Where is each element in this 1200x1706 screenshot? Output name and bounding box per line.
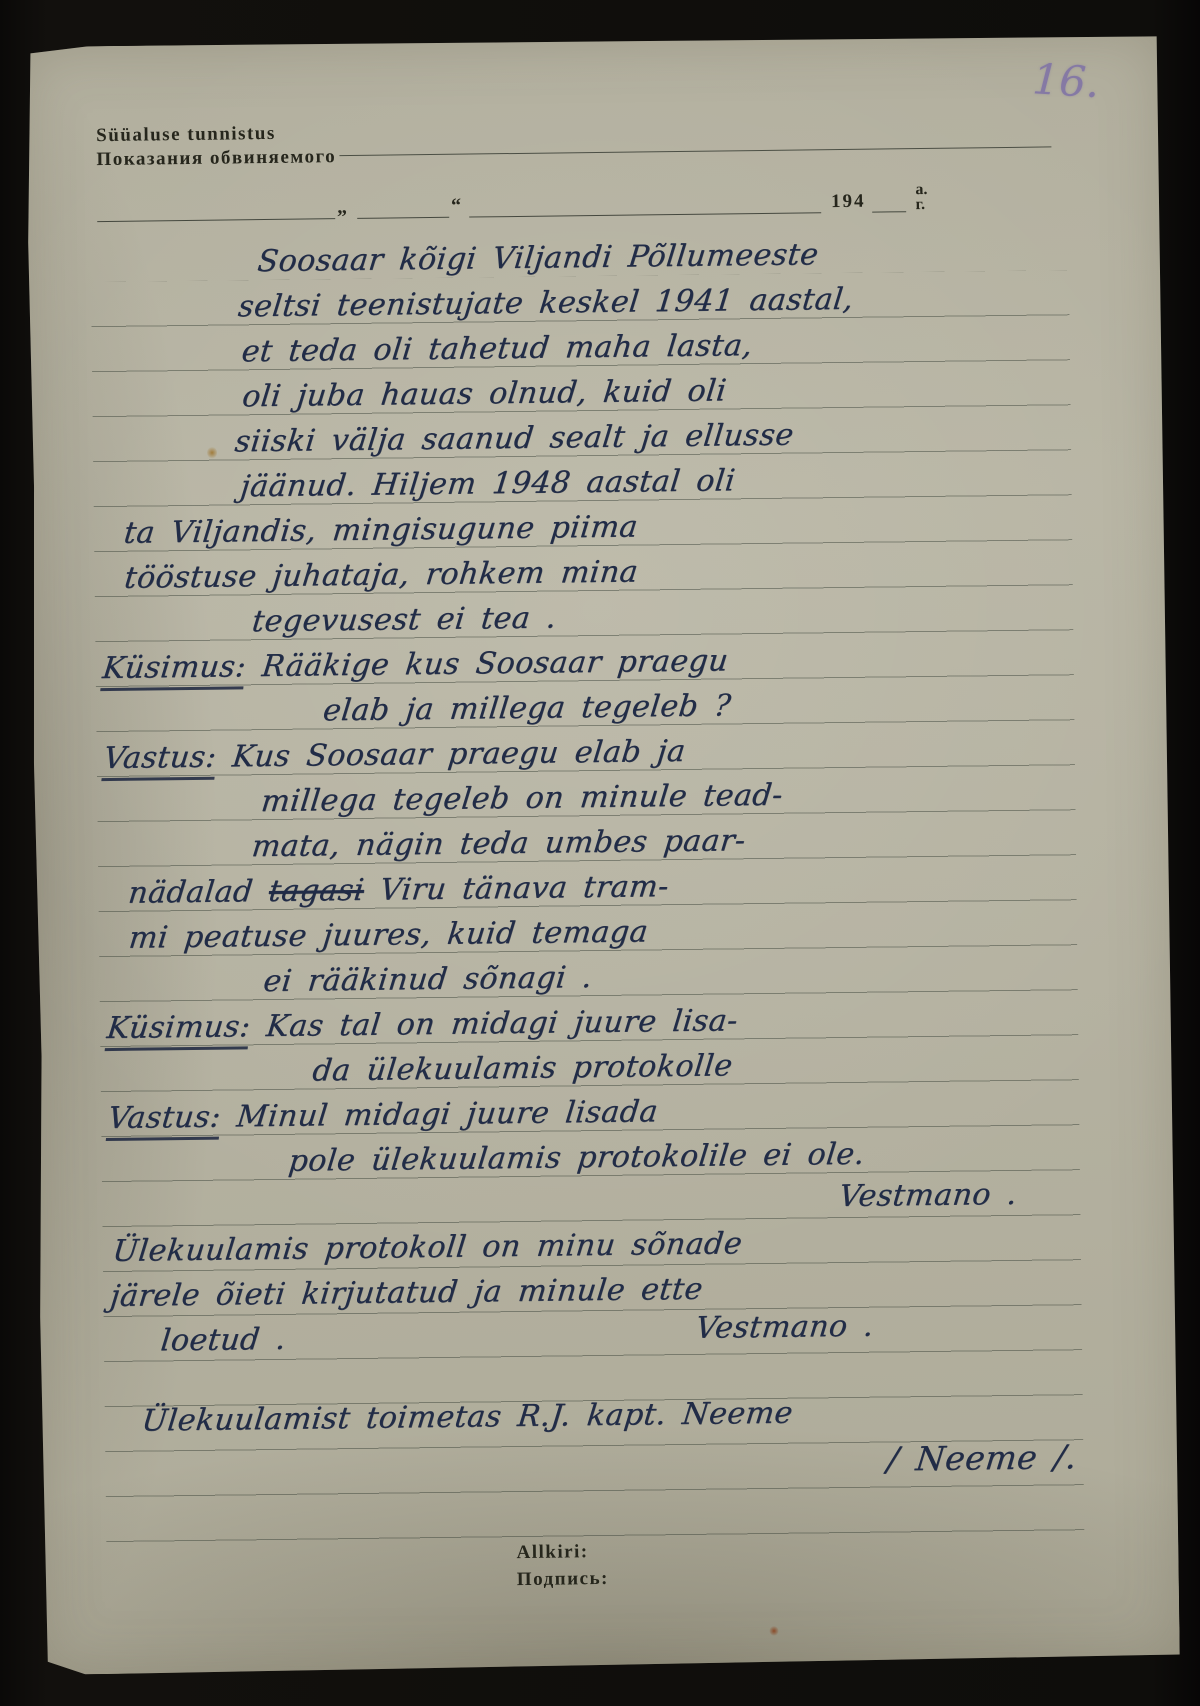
paper-stain	[207, 447, 217, 459]
handwritten-line: tegevusest ei tea .	[250, 600, 558, 639]
handwritten-text: oli juba hauas olnud, kuid oli	[240, 373, 728, 414]
close-quote: “	[449, 195, 463, 218]
signature-footer: Allkiri: Подпись:	[516, 1538, 609, 1593]
handwritten-line: Soosaar kõigi Viljandi Põllumeeste	[256, 237, 821, 279]
handwritten-line: Vastus: Kus Soosaar praegu elab ja	[102, 734, 688, 776]
handwritten-text: pole ülekuulamis protokolile ei ole.	[287, 1137, 867, 1179]
handwritten-line: Vestmano .	[837, 1177, 1019, 1214]
handwritten-line: elab ja millega tegeleb ?	[321, 688, 733, 728]
handwriting-layer: Soosaar kõigi Viljandi Põllumeesteseltsi…	[20, 33, 1160, 47]
signature-label-russian: Подпись:	[517, 1565, 609, 1593]
open-quote: „	[335, 196, 349, 219]
date-line: „ “ 194 a. г.	[97, 181, 997, 222]
handwritten-line: oli juba hauas olnud, kuid oli	[240, 373, 728, 414]
handwritten-line: loetud .	[159, 1322, 288, 1359]
handwritten-text: jäänud. Hiljem 1948 aastal oli	[239, 463, 738, 504]
year-unit-labels: a. г.	[915, 182, 927, 212]
handwritten-text: mi peatuse juures, kuid temaga	[127, 914, 650, 955]
handwritten-line: ei rääkinud sõnagi .	[262, 960, 595, 999]
form-title-russian: Показания обвиняемого	[96, 145, 336, 172]
handwritten-line: da ülekuulamis protokolle	[311, 1048, 735, 1088]
handwritten-text: ei rääkinud sõnagi .	[262, 960, 595, 999]
handwritten-text: Vestmano .	[694, 1309, 876, 1346]
handwritten-text: siiski välja saanud sealt ja ellusse	[233, 418, 796, 460]
handwritten-text: da ülekuulamis protokolle	[311, 1048, 735, 1088]
torn-edge-texture	[19, 147, 42, 1547]
page-number-pencil: 16.	[1031, 54, 1101, 107]
handwritten-text: et teda oli tahetud maha lasta,	[240, 328, 754, 369]
handwritten-text: millega tegeleb on minule tead-	[259, 778, 784, 819]
date-blank-segment	[357, 195, 449, 219]
handwritten-line: nädalad tagasi Viru tänava tram-	[127, 869, 671, 911]
handwritten-text: elab ja millega tegeleb ?	[321, 688, 733, 728]
handwritten-line: ta Viljandis, mingisugune piima	[122, 509, 640, 550]
handwritten-line: pole ülekuulamis protokolile ei ole.	[287, 1137, 867, 1179]
underlined-word: Küsimus:	[100, 649, 248, 691]
handwritten-line: Vestmano .	[694, 1309, 876, 1346]
handwritten-text: tegevusest ei tea .	[250, 600, 558, 639]
underlined-word: Vastus:	[106, 1100, 223, 1141]
handwritten-line: mata, nägin teda umbes paar-	[250, 823, 748, 864]
handwritten-text: Kas tal on midagi juure lisa-	[248, 1003, 739, 1044]
paper-stain	[769, 1626, 778, 1636]
handwritten-line: jäänud. Hiljem 1948 aastal oli	[239, 463, 738, 504]
handwritten-text: tööstuse juhataja, rohkem mina	[123, 554, 640, 595]
date-blank-segment	[97, 196, 335, 222]
date-blank-segment	[871, 189, 905, 212]
form-header: Süüaluse tunnistus Показания обвиняемого	[96, 121, 336, 172]
signature-label-estonian: Allkiri:	[516, 1538, 608, 1566]
paper-sheet: 16. Süüaluse tunnistus Показания обвиняе…	[20, 33, 1180, 1675]
handwritten-line: siiski välja saanud sealt ja ellusse	[233, 418, 796, 460]
handwritten-text: Kus Soosaar praegu elab ja	[214, 734, 687, 775]
handwritten-text: nädalad	[127, 874, 271, 911]
handwritten-text: järele õieti kirjutatud ja minule ette	[108, 1272, 704, 1314]
handwritten-text: mata, nägin teda umbes paar-	[250, 823, 748, 864]
handwritten-text: Vestmano .	[837, 1177, 1019, 1214]
handwritten-line: mi peatuse juures, kuid temaga	[127, 914, 650, 955]
form-title-estonian: Süüaluse tunnistus	[96, 121, 336, 148]
handwritten-text: Rääkige kus Soosaar praegu	[244, 643, 730, 684]
handwritten-text: Minul midagi juure lisada	[219, 1094, 660, 1134]
handwritten-line: / Neeme /.	[885, 1437, 1079, 1478]
handwritten-text: Soosaar kõigi Viljandi Põllumeeste	[256, 237, 821, 279]
scanned-document-page: 16. Süüaluse tunnistus Показания обвиняе…	[0, 0, 1200, 1706]
year-unit-russian: г.	[915, 196, 925, 213]
printed-year-prefix: 194	[831, 191, 866, 213]
handwritten-line: et teda oli tahetud maha lasta,	[240, 328, 754, 369]
struck-word: tagasi	[267, 873, 366, 909]
handwritten-text: Viru tänava tram-	[362, 869, 671, 908]
underlined-word: Küsimus:	[105, 1009, 253, 1051]
handwritten-text: loetud .	[159, 1322, 288, 1359]
handwritten-text: ta Viljandis, mingisugune piima	[122, 509, 640, 550]
handwritten-line: millega tegeleb on minule tead-	[259, 778, 784, 819]
date-blank-segment	[469, 190, 821, 217]
handwritten-line: järele õieti kirjutatud ja minule ette	[108, 1272, 704, 1314]
header-rule-line	[339, 146, 1051, 156]
handwritten-line: Vastus: Minul midagi juure lisada	[106, 1094, 660, 1136]
handwritten-text: / Neeme /.	[885, 1437, 1079, 1478]
handwritten-line: tööstuse juhataja, rohkem mina	[123, 554, 640, 595]
underlined-word: Vastus:	[101, 740, 218, 781]
